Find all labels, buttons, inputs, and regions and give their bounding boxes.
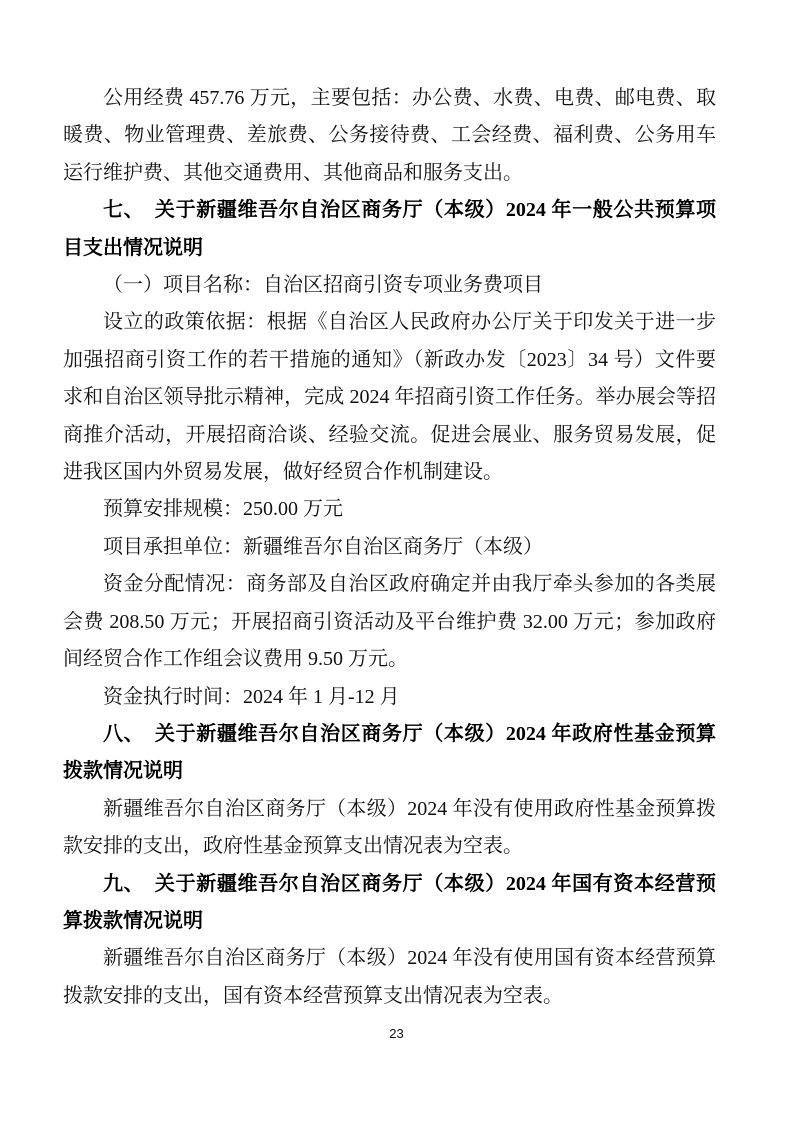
page-number: 23 [389, 1026, 403, 1041]
section-heading-7: 七、 关于新疆维吾尔自治区商务厅（本级）2024 年一般公共预算项目支出情况说明 [63, 192, 716, 267]
para-gov-fund-statement: 新疆维吾尔自治区商务厅（本级）2024 年没有使用政府性基金预算拨款安排的支出，… [63, 791, 716, 866]
para-project-name: （一）项目名称：自治区招商引资专项业务费项目 [63, 267, 716, 304]
para-undertaking-unit: 项目承担单位：新疆维吾尔自治区商务厅（本级） [63, 529, 716, 566]
para-budget-scale: 预算安排规模：250.00 万元 [63, 491, 716, 528]
document-page: 公用经费 457.76 万元，主要包括：办公费、水费、电费、邮电费、取暖费、物业… [0, 0, 793, 1122]
document-body: 公用经费 457.76 万元，主要包括：办公费、水费、电费、邮电费、取暖费、物业… [63, 80, 716, 1015]
para-public-expenses: 公用经费 457.76 万元，主要包括：办公费、水费、电费、邮电费、取暖费、物业… [63, 80, 716, 192]
section-heading-9: 九、 关于新疆维吾尔自治区商务厅（本级）2024 年国有资本经营预算拨款情况说明 [63, 866, 716, 941]
para-fund-allocation: 资金分配情况：商务部及自治区政府确定并由我厅牵头参加的各类展会费 208.50 … [63, 566, 716, 678]
para-fund-execution-time: 资金执行时间：2024 年 1 月-12 月 [63, 679, 716, 716]
section-heading-8: 八、 关于新疆维吾尔自治区商务厅（本级）2024 年政府性基金预算拨款情况说明 [63, 716, 716, 791]
para-soe-capital-statement: 新疆维吾尔自治区商务厅（本级）2024 年没有使用国有资本经营预算拨款安排的支出… [63, 940, 716, 1015]
para-policy-basis: 设立的政策依据：根据《自治区人民政府办公厅关于印发关于进一步加强招商引资工作的若… [63, 304, 716, 491]
page-footer: 23 [0, 1026, 793, 1041]
